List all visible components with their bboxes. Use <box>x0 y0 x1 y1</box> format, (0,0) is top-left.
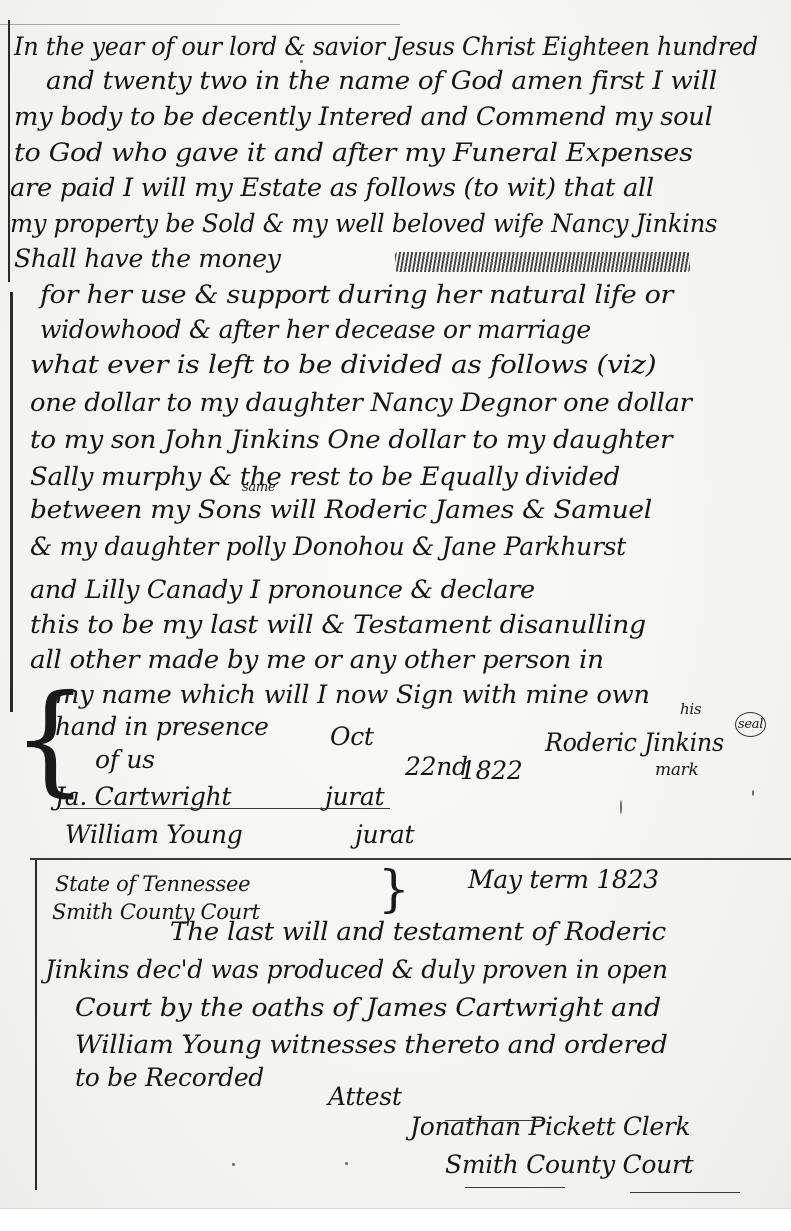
will-line-14: between my Sons will Roderic James & Sam… <box>30 495 652 524</box>
probate-line-5: to be Recorded <box>75 1063 264 1092</box>
probate-line-1: The last will and testament of Roderic <box>170 917 666 946</box>
will-line-12: to my son John Jinkins One dollar to my … <box>30 425 672 454</box>
scan-bottom-edge <box>0 1208 791 1231</box>
will-line-16: and Lilly Canady I pronounce & declare <box>30 575 535 604</box>
scan-speck <box>752 790 754 796</box>
will-line-3: my body to be decently Intered and Comme… <box>14 102 713 131</box>
probate-line-4: William Young witnesses thereto and orde… <box>75 1030 667 1059</box>
probate-caption-state: State of Tennessee <box>55 872 250 896</box>
interlineation-same: same <box>242 480 275 495</box>
will-line-17: this to be my last will & Testament disa… <box>30 610 646 639</box>
scan-speck <box>300 60 303 63</box>
will-line-7: Shall have the money <box>14 244 281 273</box>
will-line-11: one dollar to my daughter Nancy Degnor o… <box>30 388 692 417</box>
witness-prefix: of us <box>95 745 155 774</box>
section-divider <box>30 858 791 860</box>
clerk-underline <box>445 1120 545 1121</box>
testator-mark-label: mark <box>655 760 698 780</box>
will-line-15: & my daughter polly Donohou & Jane Parkh… <box>30 532 626 561</box>
witness-2: William Young jurat <box>65 820 243 849</box>
testator-mark-his: his <box>680 700 701 718</box>
scan-speck <box>345 1162 348 1165</box>
date-month: Oct <box>330 722 374 751</box>
will-line-20: hand in presence <box>55 712 269 741</box>
struck-through-text <box>395 252 690 272</box>
date-year: 1822 <box>460 756 522 785</box>
witness-2-jurat: jurat <box>355 820 414 849</box>
scan-speck <box>232 1163 235 1166</box>
will-line-4: to God who gave it and after my Funeral … <box>14 138 693 167</box>
will-line-10: what ever is left to be divided as follo… <box>30 350 656 379</box>
clerk-signature: Jonathan Pickett Clerk <box>410 1112 690 1141</box>
left-margin-rule-bottom <box>35 860 37 1190</box>
will-line-5: are paid I will my Estate as follows (to… <box>10 173 654 202</box>
witness-1-flourish <box>60 808 390 809</box>
will-line-8: for her use & support during her natural… <box>40 280 673 309</box>
witness-1-name: Ja. Cartwright <box>55 782 231 811</box>
witness-2-name: William Young <box>65 820 243 849</box>
left-margin-rule-middle <box>10 292 13 712</box>
witness-1: Ja. Cartwright jurat <box>55 782 231 811</box>
clerk-office-underline-2 <box>630 1192 740 1193</box>
probate-line-3: Court by the oaths of James Cartwright a… <box>75 993 661 1022</box>
left-margin-rule-top <box>8 20 10 282</box>
attest-label: Attest <box>328 1082 402 1111</box>
will-line-2: and twenty two in the name of God amen f… <box>46 66 717 95</box>
probate-line-2: Jinkins dec'd was produced & duly proven… <box>45 955 668 984</box>
will-line-13: Sally murphy & the rest to be Equally di… <box>30 462 620 491</box>
probate-term: May term 1823 <box>468 865 659 894</box>
date-day: 22nd <box>405 752 468 781</box>
will-line-9: widowhood & after her decease or marriag… <box>40 315 591 344</box>
will-line-19: my name which will I now Sign with mine … <box>55 680 650 709</box>
clerk-office-underline <box>465 1187 565 1188</box>
will-line-6: my property be Sold & my well beloved wi… <box>10 209 717 238</box>
witness-1-jurat: jurat <box>325 782 384 811</box>
scanned-document-page: { In the year of our lord & savior Jesus… <box>0 0 791 1231</box>
top-faint-rule <box>0 24 400 25</box>
caption-bracket: } <box>378 860 410 918</box>
will-line-1: In the year of our lord & savior Jesus C… <box>14 32 758 61</box>
testator-seal: seal <box>735 712 766 737</box>
scan-speck <box>620 800 622 814</box>
clerk-office: Smith County Court <box>445 1150 693 1179</box>
testator-signature: Roderic Jinkins <box>545 728 724 757</box>
will-line-18: all other made by me or any other person… <box>30 645 604 674</box>
